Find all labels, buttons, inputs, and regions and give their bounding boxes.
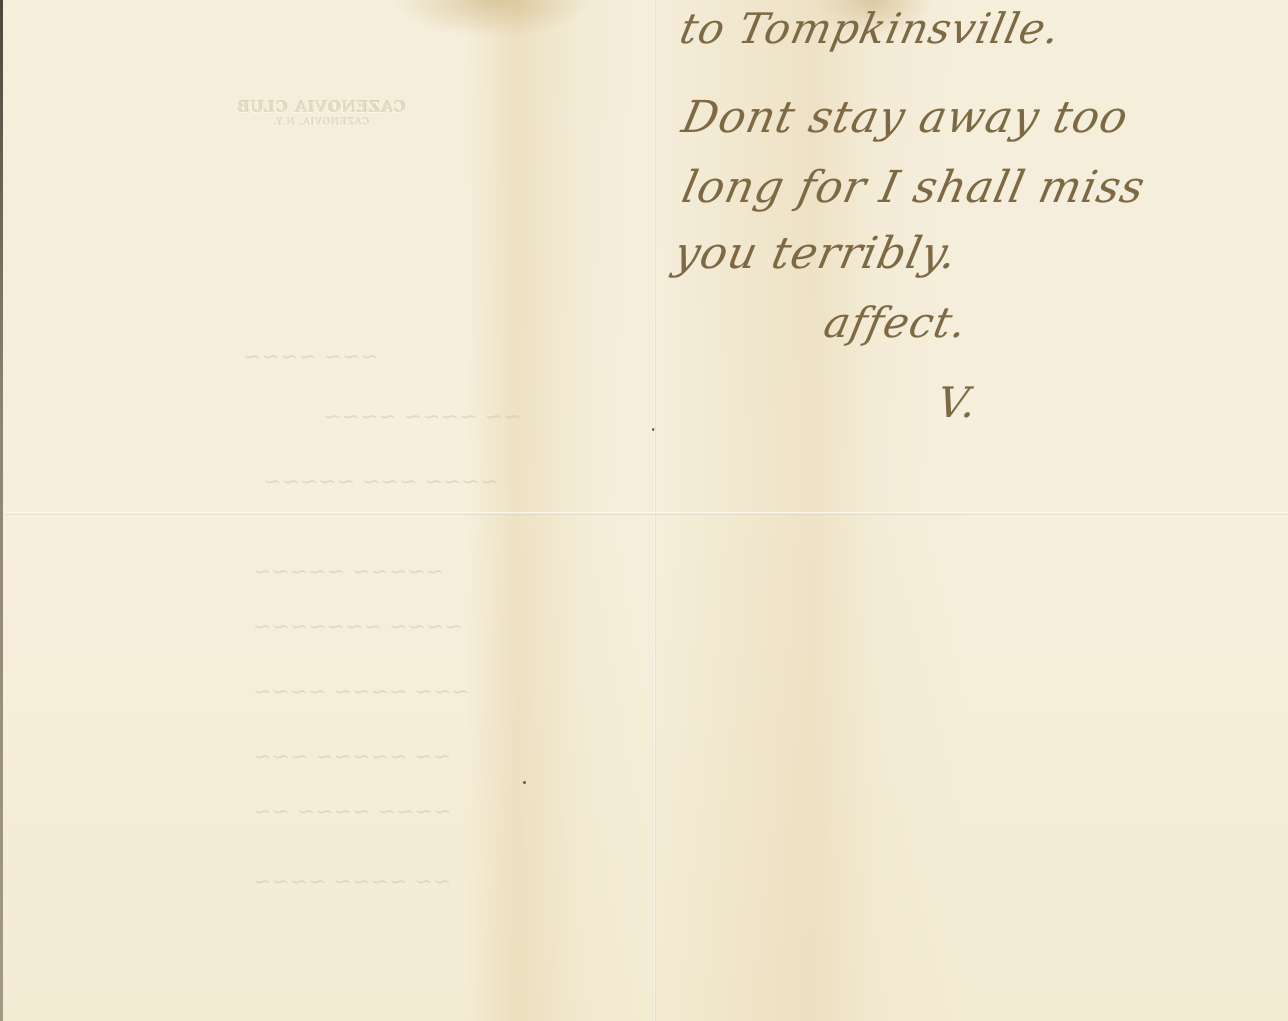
letter-sheet: CAZENOVIA CLUB CAZENOVIA, N.Y. ~~~ ~~~~ …	[3, 0, 1288, 1021]
bleed-through-line: ~~~~~ ~~~~~	[253, 560, 444, 585]
bleed-through-line: ~~~ ~~~~ ~~~~	[253, 680, 470, 705]
embossed-letterhead: CAZENOVIA CLUB CAZENOVIA, N.Y.	[225, 98, 415, 128]
letter-line: you terribly.	[670, 228, 963, 279]
ink-speck	[523, 781, 526, 784]
letter-line: Dont stay away too	[678, 92, 1134, 143]
letter-line: to Tompkinsville.	[676, 4, 1065, 53]
scan-edge	[0, 0, 3, 1021]
bleed-through-line: ~~ ~~~~ ~~~~	[253, 870, 451, 895]
vertical-fold	[654, 0, 656, 1021]
water-stain	[393, 0, 593, 38]
letter-line: long for I shall miss	[678, 162, 1150, 213]
bleed-through-line: ~~ ~~~~~ ~~~	[253, 745, 451, 770]
bleed-through-line: ~~ ~~~~ ~~~~	[323, 405, 521, 430]
letterhead-place: CAZENOVIA, N.Y.	[225, 118, 415, 128]
bleed-through-line: ~~~~ ~~~ ~~~~~	[263, 470, 498, 495]
letter-closing: affect.	[820, 298, 972, 347]
letter-signature: V.	[935, 378, 980, 427]
letterhead-club-name: CAZENOVIA CLUB	[225, 98, 415, 116]
bleed-through-line: ~~~~ ~~~~~~~	[253, 615, 463, 640]
bleed-through-line: ~~~~ ~~~~ ~~	[253, 800, 451, 825]
bleed-through-line: ~~~ ~~~~	[243, 345, 379, 370]
horizontal-fold	[6, 512, 1288, 515]
